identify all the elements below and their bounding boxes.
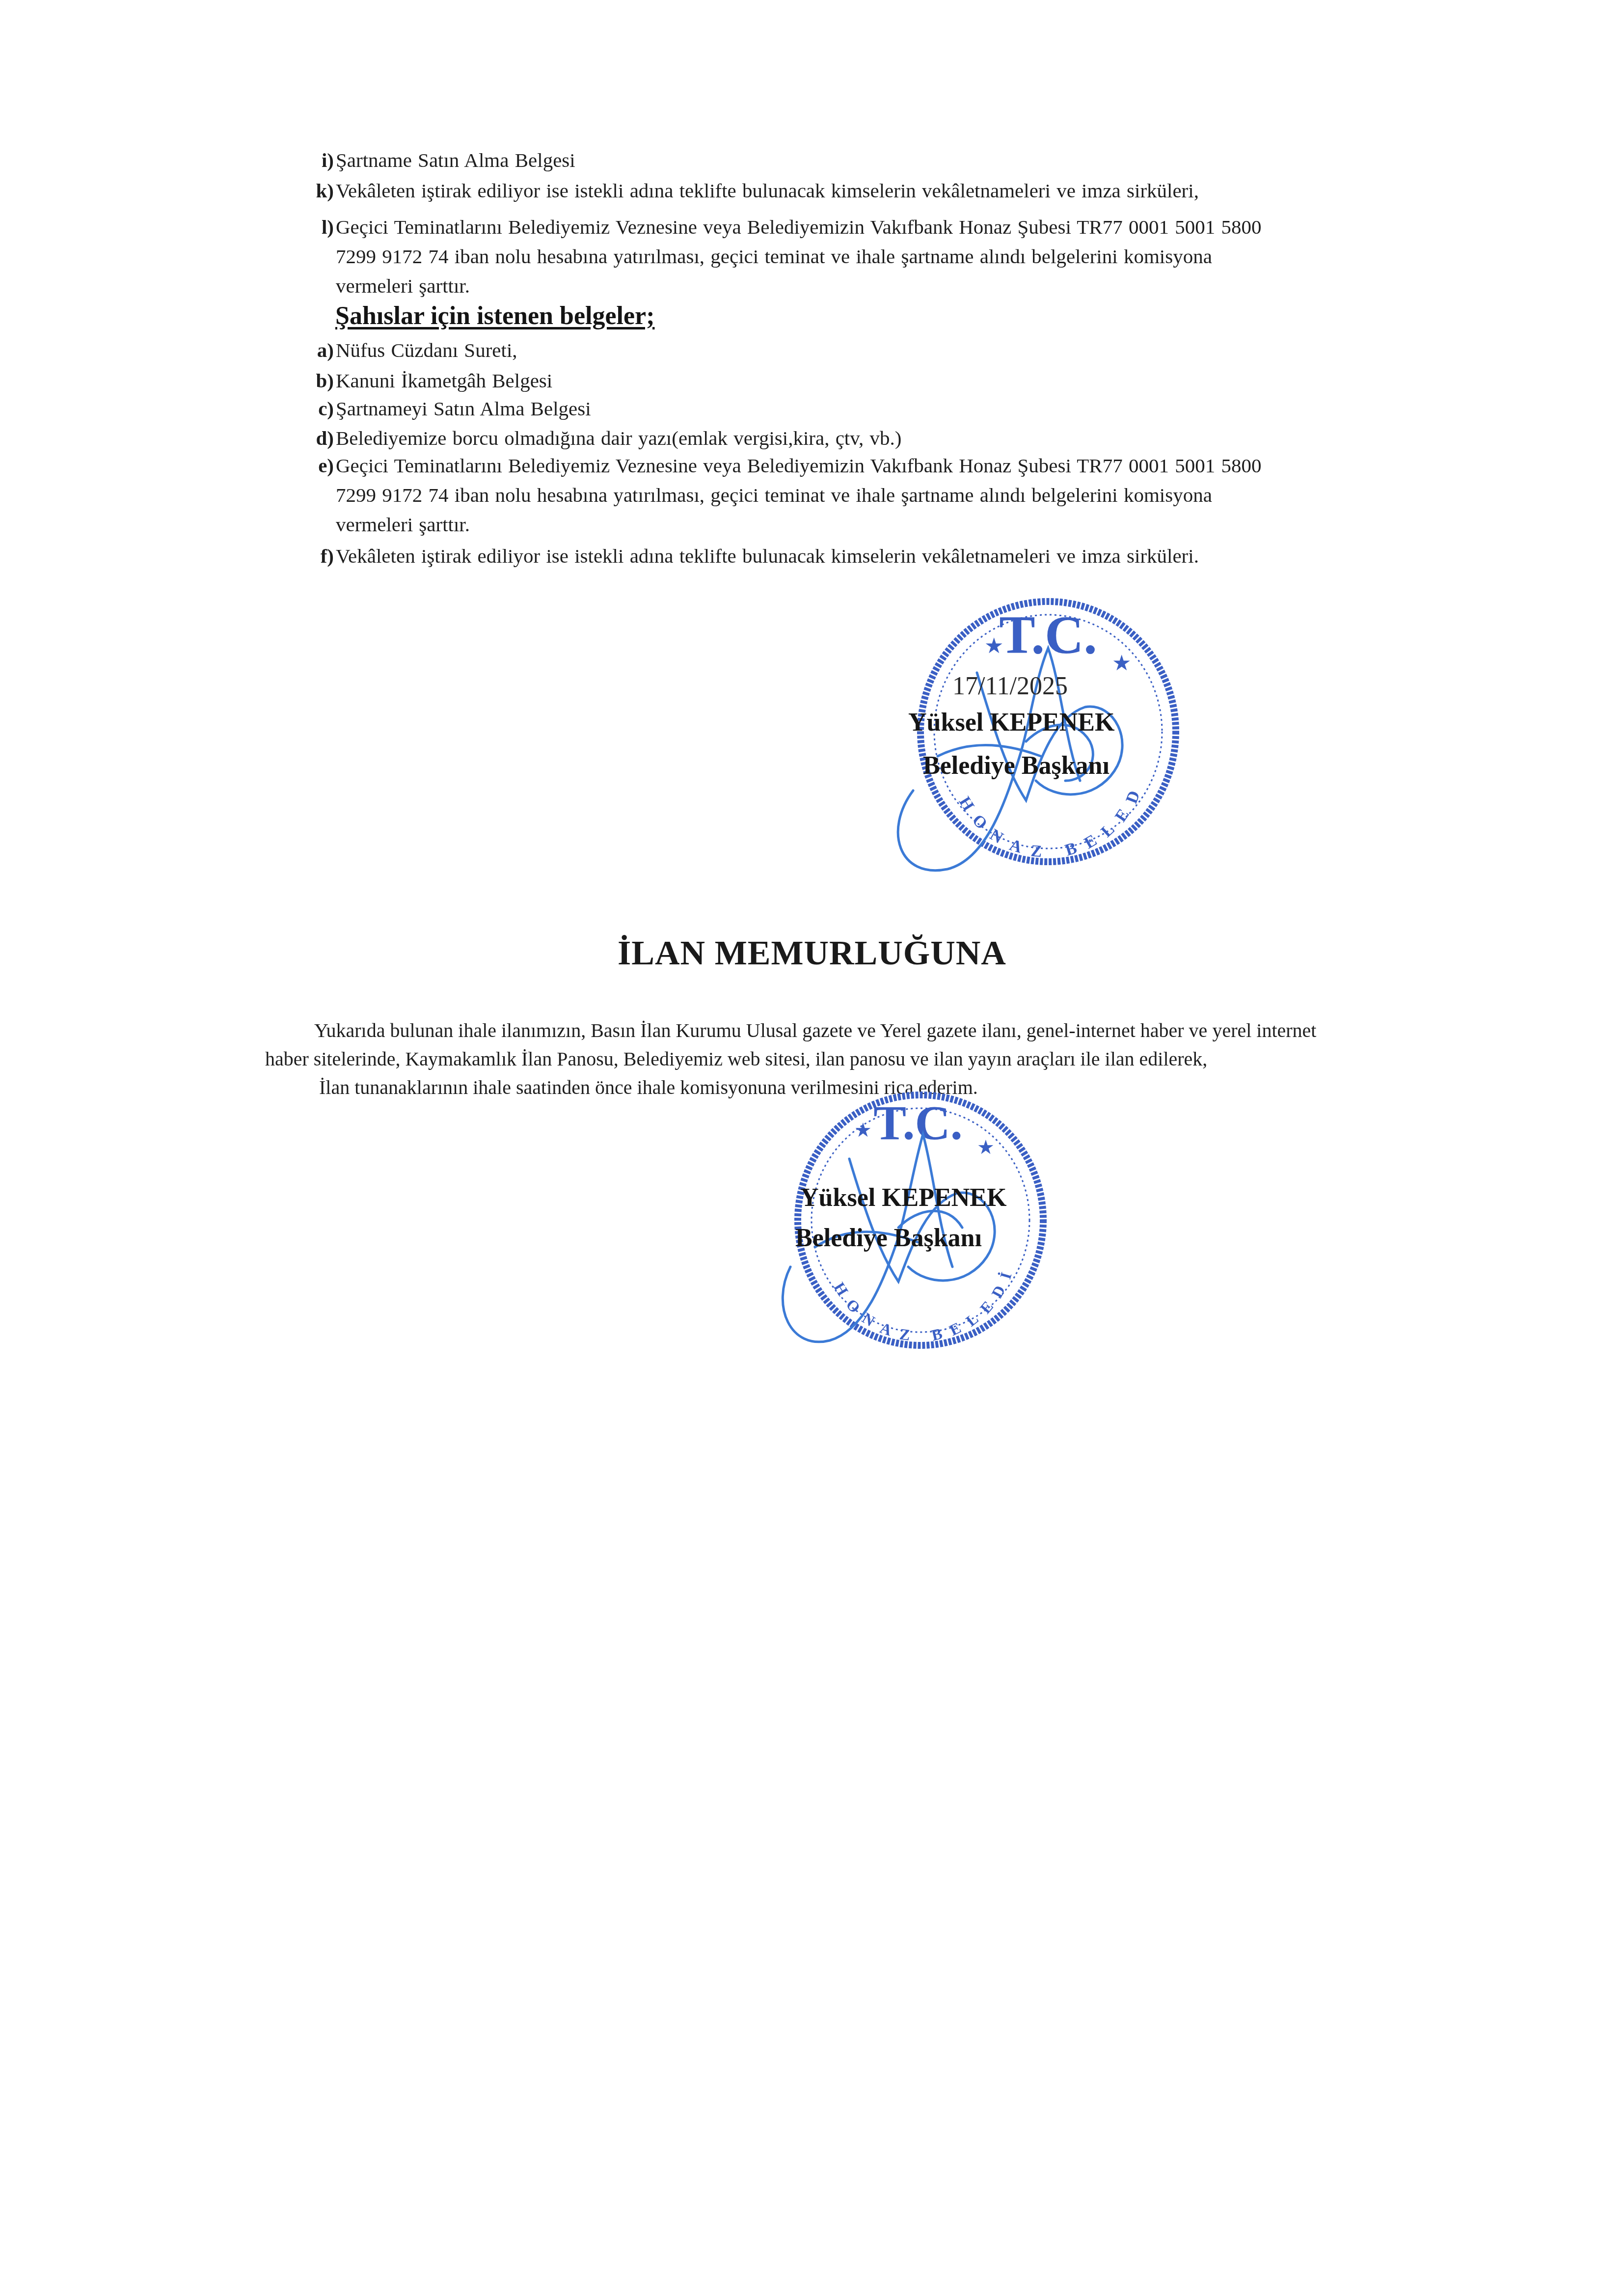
notice-title: İLAN MEMURLUĞUNA: [0, 934, 1624, 973]
signatory-name: Yüksel KEPENEK: [800, 1183, 1006, 1212]
list-item-b: b) Kanuni İkametgâh Belgesi: [305, 366, 1394, 395]
list-text: Belediyemize borcu olmadığına dair yazı(…: [336, 423, 1394, 453]
list-label: e): [305, 451, 334, 480]
official-stamp-icon: T.C. ★ ★ HONAZ BELEDİYE BAŞKANLIĞI: [879, 594, 1203, 889]
list-item-d: d) Belediyemize borcu olmadığına dair ya…: [305, 423, 1394, 453]
list-item-l: l) Geçici Teminatlarını Belediyemiz Vezn…: [305, 212, 1394, 301]
list-text-line: Geçici Teminatlarını Belediyemiz Veznesi…: [336, 451, 1394, 480]
list-text-line: Geçici Teminatlarını Belediyemiz Veznesi…: [336, 212, 1394, 242]
official-stamp-icon: T.C. ★ ★ HONAZ BELEDİYE BAŞKANLIĞI: [771, 1085, 1075, 1360]
svg-text:★: ★: [1112, 651, 1131, 676]
list-label: k): [305, 176, 334, 205]
list-label: b): [305, 366, 334, 395]
list-text: Şartname Satın Alma Belgesi: [336, 145, 1394, 175]
list-label: l): [305, 212, 334, 242]
list-item-i: i) Şartname Satın Alma Belgesi: [305, 145, 1394, 175]
section-heading: Şahıslar için istenen belgeler;: [335, 301, 654, 332]
svg-text:T.C.: T.C.: [873, 1095, 963, 1150]
notice-line: Yukarıda bulunan ihale ilanımızın, Basın…: [265, 1016, 1483, 1045]
list-text: Kanuni İkametgâh Belgesi: [336, 366, 1394, 395]
list-label: i): [305, 145, 334, 175]
list-text: Nüfus Cüzdanı Sureti,: [336, 335, 1394, 365]
svg-text:T.C.: T.C.: [999, 605, 1097, 665]
list-text: Vekâleten iştirak ediliyor ise istekli a…: [336, 541, 1394, 571]
notice-line: haber sitelerinde, Kaymakamlık İlan Pano…: [265, 1045, 1483, 1073]
list-text: Şartnameyi Satın Alma Belgesi: [336, 394, 1394, 423]
signature-block-1: T.C. ★ ★ HONAZ BELEDİYE BAŞKANLIĞI 17/11…: [879, 594, 1203, 889]
list-label: c): [305, 394, 334, 423]
list-item-a: a) Nüfus Cüzdanı Sureti,: [305, 335, 1394, 365]
list-text-line: vermeleri şarttır.: [336, 510, 1394, 539]
list-text-line: vermeleri şarttır.: [336, 271, 1394, 301]
list-label: a): [305, 335, 334, 365]
list-text-line: 7299 9172 74 iban nolu hesabına yatırılm…: [336, 242, 1394, 271]
list-item-c: c) Şartnameyi Satın Alma Belgesi: [305, 394, 1394, 423]
signatory-name: Yüksel KEPENEK: [908, 708, 1114, 737]
list-text-line: 7299 9172 74 iban nolu hesabına yatırılm…: [336, 480, 1394, 510]
svg-text:★: ★: [977, 1136, 995, 1159]
list-item-k: k) Vekâleten iştirak ediliyor ise istekl…: [305, 176, 1394, 205]
svg-text:★: ★: [854, 1119, 872, 1142]
list-item-f: f) Vekâleten iştirak ediliyor ise istekl…: [305, 541, 1394, 571]
signature-date: 17/11/2025: [952, 672, 1068, 701]
document-page: i) Şartname Satın Alma Belgesi k) Vekâle…: [0, 0, 1624, 2296]
list-label: f): [305, 541, 334, 571]
signature-block-2: T.C. ★ ★ HONAZ BELEDİYE BAŞKANLIĞI Yükse…: [771, 1085, 1075, 1360]
list-item-e: e) Geçici Teminatlarını Belediyemiz Vezn…: [305, 451, 1394, 539]
list-text: Vekâleten iştirak ediliyor ise istekli a…: [336, 176, 1394, 205]
signatory-title: Belediye Başkanı: [923, 751, 1110, 780]
list-label: d): [305, 423, 334, 453]
signatory-title: Belediye Başkanı: [795, 1224, 982, 1253]
svg-text:★: ★: [984, 633, 1003, 658]
